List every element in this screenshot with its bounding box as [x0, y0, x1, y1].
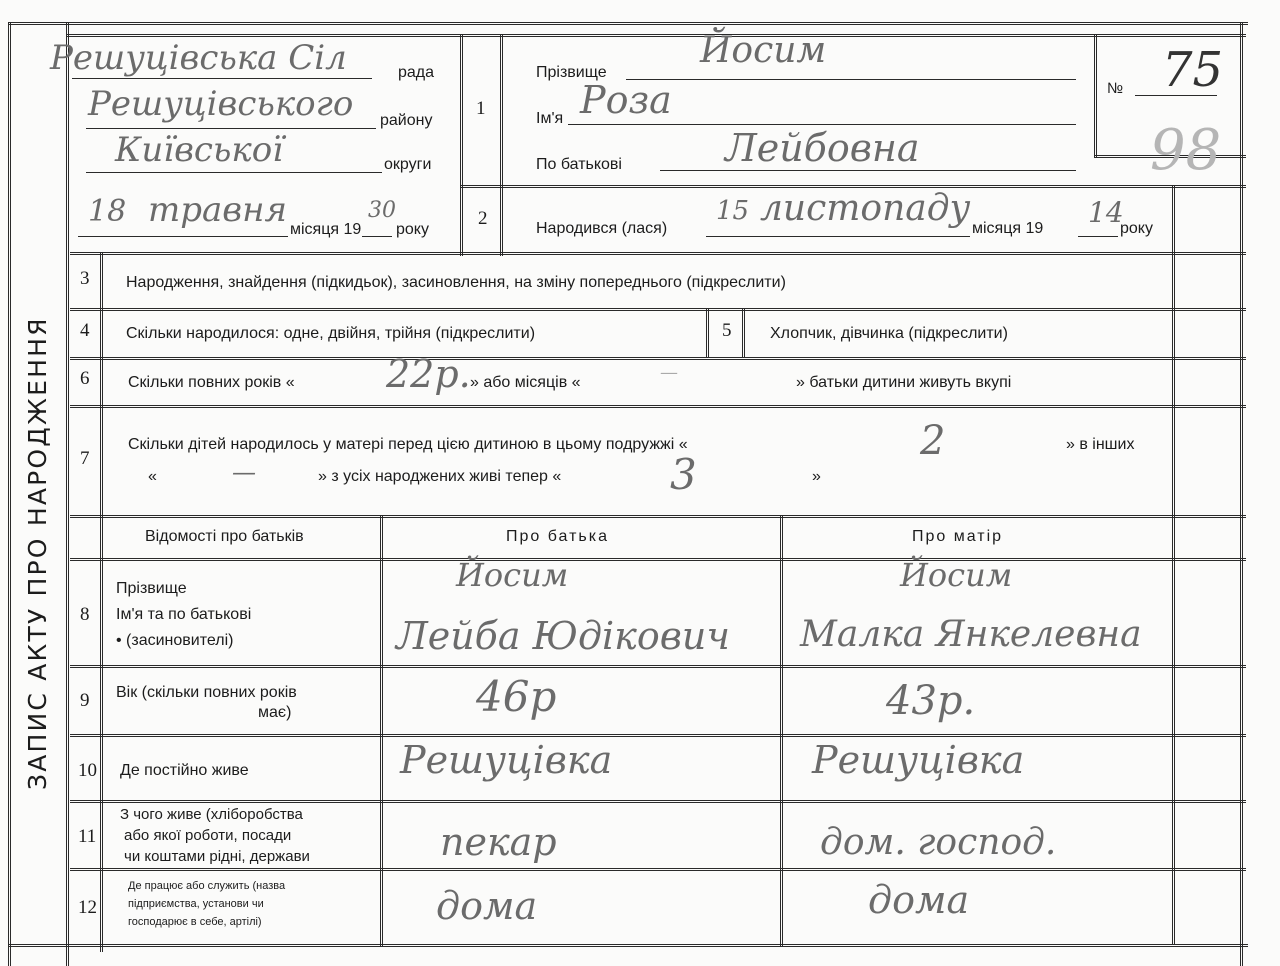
- divider: [500, 34, 503, 256]
- first-name-label: Ім'я: [536, 110, 563, 128]
- divider: [70, 558, 1246, 561]
- mother-workplace: дома: [868, 878, 969, 922]
- table-header-mother: Про матір: [912, 528, 1003, 546]
- birth-label: Народився (лася): [536, 220, 667, 238]
- council-name: Решуцівська Сіл: [50, 38, 347, 78]
- field-number: 2: [478, 208, 488, 230]
- field-number: 7: [80, 448, 90, 470]
- row-label: Де постійно живе: [120, 762, 249, 780]
- underline: [1135, 95, 1217, 96]
- marriage-years-value: 22р.: [386, 352, 471, 396]
- table-header-father: Про батька: [506, 528, 609, 546]
- divider: [1172, 185, 1175, 945]
- surname-value: Йосим: [700, 30, 826, 71]
- field-number: 3: [80, 268, 90, 290]
- birth-day: 15: [716, 196, 749, 226]
- registration-month-label: місяця 19: [290, 221, 361, 239]
- sex-label: Хлопчик, дівчинка (підкреслити): [770, 325, 1008, 343]
- underline: [626, 79, 1076, 80]
- mother-name: Малка Янкелевна: [800, 614, 1142, 655]
- divider: [70, 800, 1246, 803]
- frame-top: [8, 22, 1248, 25]
- row-label: Ім'я та по батькові: [116, 606, 251, 624]
- field-number: 1: [476, 98, 486, 120]
- children-line2-a: «: [148, 468, 157, 486]
- row-label: або якої роботи, посади: [124, 827, 291, 844]
- underline: [72, 78, 372, 79]
- divider: [70, 252, 1246, 255]
- divider: [380, 515, 383, 947]
- record-number-value: 75: [1162, 42, 1223, 98]
- divider: [460, 34, 463, 256]
- underline: [1078, 236, 1118, 237]
- divider: [1094, 34, 1097, 158]
- record-number-pencil: 98: [1150, 118, 1221, 183]
- council-label: рада: [398, 64, 434, 82]
- field-number: 10: [78, 760, 97, 782]
- record-number-label: №: [1107, 80, 1123, 97]
- field-number: 4: [80, 320, 90, 342]
- frame-right: [1240, 22, 1243, 966]
- divider: [8, 944, 1248, 947]
- row-label: Вік (скільки повних років: [116, 684, 297, 702]
- table-header-info: Відомості про батьків: [145, 528, 304, 546]
- divider: [706, 308, 709, 358]
- row-label: • (засиновителі): [116, 632, 233, 650]
- underline: [78, 236, 288, 237]
- field-number: 8: [80, 604, 90, 626]
- father-residence: Решуцівка: [400, 738, 612, 782]
- birth-year: 14: [1088, 196, 1124, 229]
- father-name: Лейба Юдікович: [396, 614, 730, 658]
- marriage-years-label-b: » або місяців «: [470, 374, 581, 392]
- field-number: 5: [722, 320, 732, 342]
- patronymic-value: Лейбовна: [725, 126, 920, 170]
- divider: [742, 308, 745, 358]
- registration-month: травня: [148, 190, 287, 230]
- children-line2-c: »: [812, 468, 821, 486]
- row-label: Де працює або служить (назва: [128, 880, 285, 892]
- mother-residence: Решуцівка: [812, 738, 1024, 782]
- children-this-marriage: 2: [920, 418, 945, 464]
- underline: [86, 128, 376, 129]
- marriage-months-value: —: [660, 362, 678, 383]
- underline: [86, 172, 382, 173]
- mother-age: 43р.: [886, 678, 975, 724]
- divider: [70, 665, 1246, 668]
- field-number: 6: [80, 368, 90, 390]
- birth-month: листопаду: [760, 188, 970, 229]
- multiplicity-label: Скільки народилося: одне, двійня, трійня…: [126, 325, 535, 343]
- registration-year: 30: [368, 198, 396, 223]
- marriage-years-label-c: » батьки дитини живуть вкупі: [796, 374, 1011, 392]
- birth-type-label: Народження, знайдення (підкидьок), засин…: [126, 274, 786, 292]
- father-occupation: пекар: [440, 820, 557, 864]
- divider: [780, 515, 783, 947]
- divider: [70, 308, 1246, 311]
- row-label: Прізвище: [116, 580, 187, 598]
- field-number: 11: [78, 826, 96, 848]
- registration-day: 18: [88, 194, 126, 229]
- document-title: ЗАПИС АКТУ ПРО НАРОДЖЕННЯ: [23, 316, 52, 790]
- registration-year-label: року: [396, 221, 429, 239]
- district-name: Решуцівського: [88, 84, 353, 124]
- children-other: —: [232, 458, 256, 486]
- underline: [660, 170, 1076, 171]
- okruha-name: Київської: [115, 130, 283, 170]
- father-age: 46р: [476, 672, 556, 721]
- children-line2-b: » з усіх народжених живі тепер «: [318, 468, 561, 486]
- children-line1-b: » в інших: [1066, 436, 1134, 454]
- district-label: району: [380, 112, 432, 130]
- father-surname: Йосим: [456, 556, 568, 594]
- field-number: 12: [78, 897, 97, 919]
- underline: [706, 236, 970, 237]
- divider: [70, 868, 1246, 871]
- divider: [70, 515, 1246, 518]
- field-number: 9: [80, 690, 90, 712]
- patronymic-label: По батькові: [536, 156, 622, 174]
- row-label: З чого живе (хліборобства: [120, 806, 303, 823]
- birth-month-label: місяця 19: [972, 220, 1043, 238]
- underline: [362, 236, 392, 237]
- frame-left-inner: [66, 22, 69, 966]
- row-label: господарює в себе, артілі): [128, 916, 262, 928]
- father-workplace: дома: [436, 884, 537, 928]
- marriage-years-label-a: Скільки повних років «: [128, 374, 295, 392]
- divider: [66, 34, 1246, 37]
- row-label: чи коштами рідні, держави: [124, 848, 310, 865]
- children-line1-a: Скільки дітей народилось у матері перед …: [128, 436, 688, 454]
- birth-year-label: року: [1120, 220, 1153, 238]
- row-label: має): [258, 704, 291, 722]
- mother-occupation: дом. господ.: [820, 822, 1056, 863]
- underline: [568, 124, 1076, 125]
- children-alive: 3: [670, 450, 697, 499]
- row-label: підприємства, установи чи: [128, 898, 264, 910]
- first-name-value: Роза: [580, 78, 672, 122]
- frame-left: [8, 22, 11, 966]
- divider: [70, 734, 1246, 737]
- okruha-label: округи: [384, 156, 431, 174]
- divider: [70, 357, 1246, 360]
- mother-surname: Йосим: [900, 556, 1012, 594]
- divider: [70, 405, 1246, 408]
